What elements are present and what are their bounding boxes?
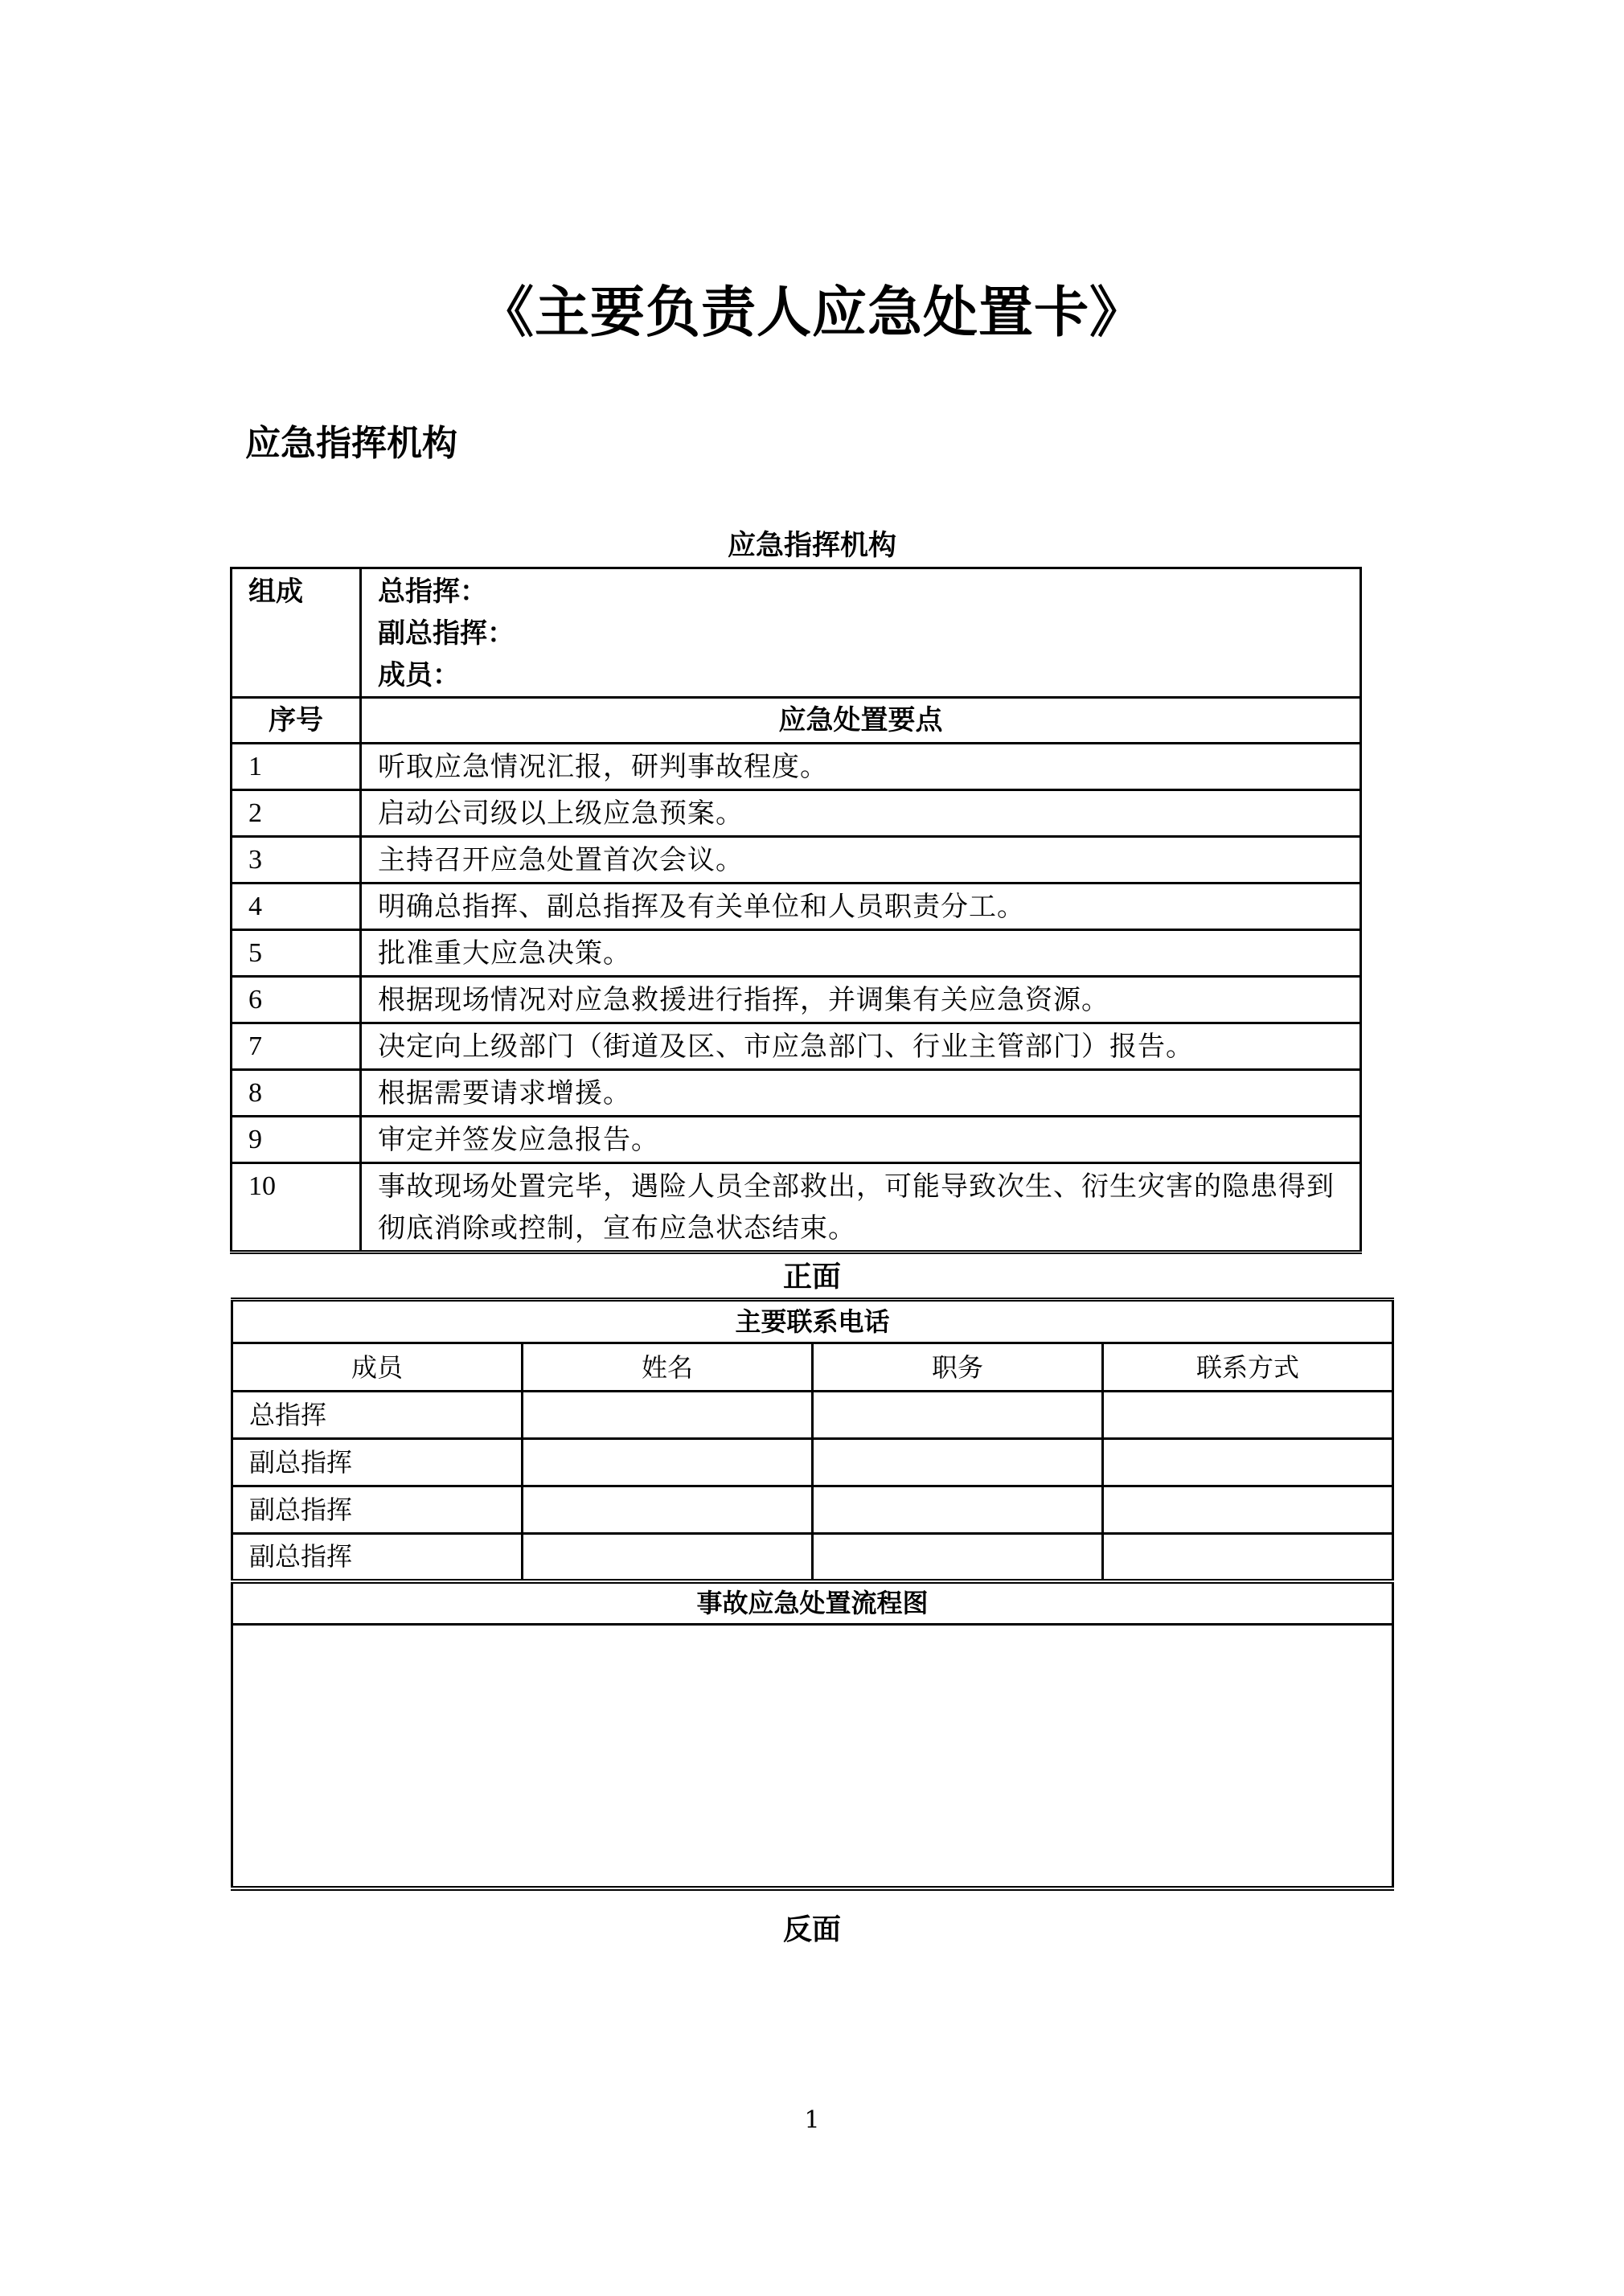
- step-row: 3 主持召开应急处置首次会议。: [232, 837, 1361, 884]
- contact-role: 总指挥: [232, 1392, 523, 1439]
- step-row: 9 审定并签发应急报告。: [232, 1117, 1361, 1163]
- organization-members: 总指挥： 副总指挥： 成员：: [361, 568, 1361, 698]
- step-seq: 7: [232, 1023, 361, 1070]
- step-text: 听取应急情况汇报，研判事故程度。: [361, 744, 1361, 790]
- step-row: 10 事故现场处置完毕，遇险人员全部救出，可能导致次生、衍生灾害的隐患得到彻底消…: [232, 1163, 1361, 1253]
- member-column-header: 成员: [232, 1343, 523, 1392]
- contact-name-cell[interactable]: [523, 1534, 813, 1581]
- step-row: 5 批准重大应急决策。: [232, 930, 1361, 977]
- flowchart-area-row: [232, 1625, 1393, 1888]
- step-seq: 4: [232, 884, 361, 930]
- contact-name-cell[interactable]: [523, 1392, 813, 1439]
- contact-position-cell[interactable]: [813, 1486, 1103, 1534]
- contact-role: 副总指挥: [232, 1439, 523, 1486]
- step-row: 8 根据需要请求增援。: [232, 1070, 1361, 1117]
- step-seq: 6: [232, 977, 361, 1023]
- contact-role: 副总指挥: [232, 1486, 523, 1534]
- contact-phone-cell[interactable]: [1103, 1534, 1393, 1581]
- contact-position-cell[interactable]: [813, 1534, 1103, 1581]
- contacts-title: 主要联系电话: [232, 1300, 1393, 1343]
- page-number: 1: [0, 2105, 1624, 2137]
- step-text: 明确总指挥、副总指挥及有关单位和人员职责分工。: [361, 884, 1361, 930]
- steps-header-row: 序号 应急处置要点: [232, 698, 1361, 744]
- contacts-header-row: 成员 姓名 职务 联系方式: [232, 1343, 1393, 1392]
- organization-label: 组成: [232, 568, 361, 698]
- step-text: 决定向上级部门（街道及区、市应急部门、行业主管部门）报告。: [361, 1023, 1361, 1070]
- front-face-label: 正面: [0, 1258, 1624, 1295]
- step-seq: 1: [232, 744, 361, 790]
- contacts-title-row: 主要联系电话: [232, 1300, 1393, 1343]
- step-seq: 3: [232, 837, 361, 884]
- contact-position-cell[interactable]: [813, 1392, 1103, 1439]
- contact-row: 总指挥: [232, 1392, 1393, 1439]
- step-seq: 2: [232, 790, 361, 837]
- contact-phone-cell[interactable]: [1103, 1392, 1393, 1439]
- step-seq: 10: [232, 1163, 361, 1253]
- contact-name-cell[interactable]: [523, 1439, 813, 1486]
- step-seq: 8: [232, 1070, 361, 1117]
- step-text: 批准重大应急决策。: [361, 930, 1361, 977]
- seq-column-header: 序号: [232, 698, 361, 744]
- contact-row: 副总指挥: [232, 1534, 1393, 1581]
- contact-name-cell[interactable]: [523, 1486, 813, 1534]
- contact-phone-cell[interactable]: [1103, 1486, 1393, 1534]
- document-title: 《主要负责人应急处置卡》: [0, 277, 1624, 350]
- step-text: 根据现场情况对应急救援进行指挥，并调集有关应急资源。: [361, 977, 1361, 1023]
- step-row: 2 启动公司级以上级应急预案。: [232, 790, 1361, 837]
- back-face-label: 反面: [0, 1911, 1624, 1948]
- section-heading: 应急指挥机构: [245, 420, 457, 468]
- members-field[interactable]: 成员：: [378, 654, 1359, 696]
- step-text: 事故现场处置完毕，遇险人员全部救出，可能导致次生、衍生灾害的隐患得到彻底消除或控…: [361, 1163, 1361, 1253]
- name-column-header: 姓名: [523, 1343, 813, 1392]
- step-row: 7 决定向上级部门（街道及区、市应急部门、行业主管部门）报告。: [232, 1023, 1361, 1070]
- flowchart-area[interactable]: [232, 1625, 1393, 1888]
- step-row: 6 根据现场情况对应急救援进行指挥，并调集有关应急资源。: [232, 977, 1361, 1023]
- organization-row: 组成 总指挥： 副总指挥： 成员：: [232, 568, 1361, 698]
- step-text: 启动公司级以上级应急预案。: [361, 790, 1361, 837]
- contact-row: 副总指挥: [232, 1486, 1393, 1534]
- step-row: 4 明确总指挥、副总指挥及有关单位和人员职责分工。: [232, 884, 1361, 930]
- step-seq: 5: [232, 930, 361, 977]
- step-row: 1 听取应急情况汇报，研判事故程度。: [232, 744, 1361, 790]
- commander-field[interactable]: 总指挥：: [378, 571, 1359, 613]
- flowchart-title: 事故应急处置流程图: [232, 1581, 1393, 1625]
- contact-position-cell[interactable]: [813, 1439, 1103, 1486]
- step-seq: 9: [232, 1117, 361, 1163]
- position-column-header: 职务: [813, 1343, 1103, 1392]
- step-text: 主持召开应急处置首次会议。: [361, 837, 1361, 884]
- deputy-commander-field[interactable]: 副总指挥：: [378, 613, 1359, 654]
- step-text: 根据需要请求增援。: [361, 1070, 1361, 1117]
- contact-column-header: 联系方式: [1103, 1343, 1393, 1392]
- step-text: 审定并签发应急报告。: [361, 1117, 1361, 1163]
- contact-phone-cell[interactable]: [1103, 1439, 1393, 1486]
- front-table-caption: 应急指挥机构: [0, 527, 1624, 564]
- contact-row: 副总指挥: [232, 1439, 1393, 1486]
- flowchart-title-row: 事故应急处置流程图: [232, 1581, 1393, 1625]
- emergency-command-table: 组成 总指挥： 副总指挥： 成员： 序号 应急处置要点 1 听取应急情况汇报，研…: [230, 567, 1362, 1254]
- contact-role: 副总指挥: [232, 1534, 523, 1581]
- contacts-and-flowchart-table: 主要联系电话 成员 姓名 职务 联系方式 总指挥 副总指挥 副总指挥 副总指挥 …: [231, 1298, 1394, 1891]
- points-column-header: 应急处置要点: [361, 698, 1361, 744]
